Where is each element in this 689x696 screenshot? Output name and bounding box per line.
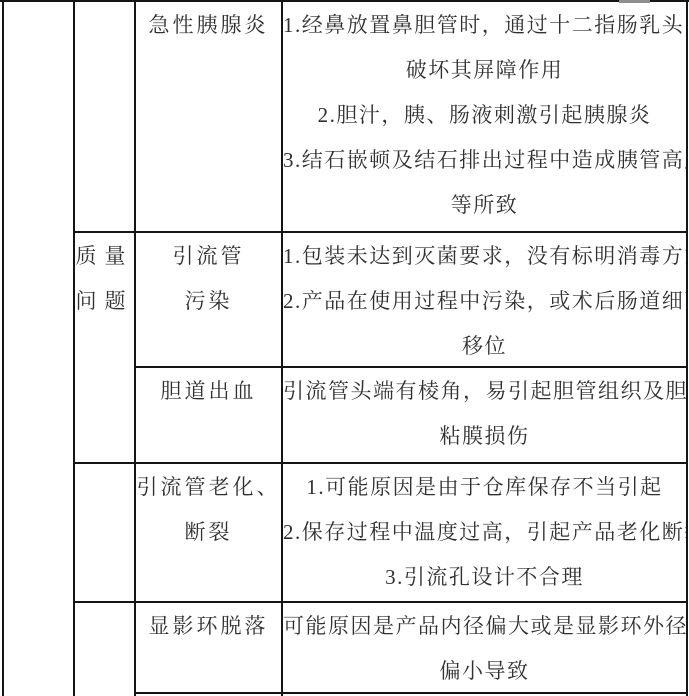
document-page: 质量 问题 急性胰腺炎 1.经鼻放置鼻胆管时，通过十二指肠乳头， 破坏其屏障作用… xyxy=(0,0,689,696)
cause-line: 粘膜损伤 xyxy=(283,414,686,459)
cause-line: 等所致 xyxy=(283,183,686,228)
cell-hazard-tube-contamination: 引流管 污染 xyxy=(136,233,281,367)
cause-line: 2.产品在使用过程中污染，或术后肠道细菌 xyxy=(283,279,686,324)
cause-line: 偏小导致 xyxy=(283,649,686,693)
hazard-name-line: 引流管老化、 xyxy=(136,465,281,510)
hazard-name-line: 显影环脱落 xyxy=(136,604,281,649)
category-label-line: 问题 xyxy=(75,279,134,324)
cause-line: 可能原因是产品内径偏大或是显影环外径 xyxy=(283,604,686,649)
table-border-left xyxy=(2,0,4,696)
cause-line: 破坏其屏障作用 xyxy=(283,48,686,93)
cell-cause-acute-pancreatitis: 1.经鼻放置鼻胆管时，通过十二指肠乳头， 破坏其屏障作用 2.胆汁，胰、肠液刺激… xyxy=(283,2,686,232)
cause-line: 1.包装未达到灭菌要求，没有标明消毒方式 xyxy=(283,234,686,279)
cause-line: 2.胆汁，胰、肠液刺激引起胰腺炎 xyxy=(283,93,686,138)
cell-hazard-tube-aging-breakage: 引流管老化、 断裂 xyxy=(136,464,281,602)
category-label-line: 质量 xyxy=(75,234,134,279)
cell-cause-biliary-bleeding: 引流管头端有棱角，易引起胆管组织及胆管 粘膜损伤 xyxy=(283,368,686,463)
hazard-name-line: 急性胰腺炎 xyxy=(136,3,281,48)
hazard-name-line: 引流管 xyxy=(136,234,281,279)
cause-line: 1.可能原因是由于仓库保存不当引起 xyxy=(283,465,686,510)
hazard-name-line: 胆道出血 xyxy=(136,369,281,414)
cell-hazard-biliary-bleeding: 胆道出血 xyxy=(136,368,281,463)
cell-cause-tube-contamination: 1.包装未达到灭菌要求，没有标明消毒方式 2.产品在使用过程中污染，或术后肠道细… xyxy=(283,233,686,367)
cause-line: 1.经鼻放置鼻胆管时，通过十二指肠乳头， xyxy=(283,3,686,48)
cell-cause-marker-ring-detachment: 可能原因是产品内径偏大或是显影环外径 偏小导致 xyxy=(283,603,686,693)
cause-line: 引流管头端有棱角，易引起胆管组织及胆管 xyxy=(283,369,686,414)
cause-line: 2.保存过程中温度过高，引起产品老化断裂 xyxy=(283,510,686,555)
cell-hazard-acute-pancreatitis: 急性胰腺炎 xyxy=(136,2,281,232)
cause-line: 移位 xyxy=(283,324,686,367)
table-border-right xyxy=(686,0,688,696)
cause-line: 3.结石嵌顿及结石排出过程中造成胰管高压 xyxy=(283,138,686,183)
hazard-name-line: 污染 xyxy=(136,279,281,324)
cell-hazard-marker-ring-detachment: 显影环脱落 xyxy=(136,603,281,693)
hazard-name-line: 断裂 xyxy=(136,510,281,555)
cell-cause-tube-aging-breakage: 1.可能原因是由于仓库保存不当引起 2.保存过程中温度过高，引起产品老化断裂 3… xyxy=(283,464,686,602)
cause-line: 3.引流孔设计不合理 xyxy=(283,555,686,600)
cell-category-quality-issue: 质量 问题 xyxy=(75,233,134,463)
